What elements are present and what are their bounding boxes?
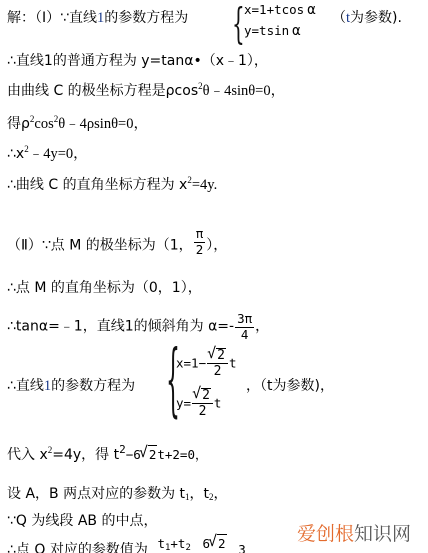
alpha: α [292,23,300,39]
solution-part1-line4: 得ρ2cos2θ﹣4ρsinθ=0， [7,115,148,133]
text: 由曲线 C 的极坐标方程是ρcos [7,83,198,99]
text: ∴曲线 C 的直角坐标方程为 x [7,177,187,193]
text: ， [255,318,269,334]
solution-part2-line5: 代入 x2=4y，得 t2−62t+2=0， [7,445,207,464]
solution-part1-line3: 由曲线 C 的极坐标方程是ρcos2θ﹣4sinθ=0， [7,82,285,100]
solution-part2-line6: 设 A，B 两点对应的参数为 t1，t2， [7,485,228,503]
text: cos [34,116,53,132]
alpha: α [307,2,315,18]
text: 的参数方程为 [104,10,188,26]
watermark-suffix: 知识网 [354,523,411,545]
equation-x: x=1+tcos [244,2,304,17]
text: ，t [190,486,210,502]
solution-part2-line7: ∵Q 为线段 AB 的中点， [7,512,157,530]
watermark-logo: 爱创根知识网 [297,519,411,546]
text: 设 A，B 两点对应的参数为 t [7,486,185,502]
text: θ﹣4ρsinθ=0， [58,116,148,132]
solution-part2-line4: ∴直线1的参数方程为 [7,377,135,395]
solution-part2-line1: （Ⅱ）∵点 M 的极坐标为（1，π2）， [7,236,227,256]
text: t+2=0， [157,447,207,462]
fraction-3pi-over-4: 3π4 [235,313,254,341]
text: ﹣4y=0， [29,146,88,162]
text: 的参数方程为 [51,378,135,394]
equation-x: x=1− [176,356,206,371]
text: ∴点 Q 对应的参数值为 [7,542,148,553]
text: =4y. [192,177,217,193]
fraction-pi-over-2: π2 [194,228,206,256]
text: 代入 x [7,447,48,463]
solution-part1-line6: ∴曲线 C 的直角坐标方程为 x2=4y. [7,176,217,194]
superscript: 2 [119,443,126,456]
text: ∴tanα=﹣1，直线1的倾斜角为 α=- [7,318,234,334]
text: ， [214,486,228,502]
param-note-2: ，（t为参数)， [246,377,334,395]
text: ∴x [7,146,24,162]
solution-part1-line1: 解：（Ⅰ）∵直线1的参数方程为 [7,9,188,27]
solution-part2-line3: ∴tanα=﹣1，直线1的倾斜角为 α=-3π4， [7,313,269,341]
parametric-system-2: { x=1−22t y=22t [166,344,246,426]
equation-y: y= [176,396,191,411]
solution-part2-line2: ∴点 M 的直角坐标为（0，1）， [7,279,202,297]
equation-y: y=tsin [244,23,289,38]
watermark-brand: 爱创根 [297,523,354,545]
text: 得ρ [7,116,30,132]
left-brace-icon: { [232,0,245,48]
solution-part2-line8: ∴点 Q 对应的参数值为 t1+t2 62 3 [7,540,246,553]
text: ）， [206,237,227,253]
solution-part1-line2: ∴直线1的普通方程为 y=tanα•（x﹣1）， [7,52,268,70]
text: ∴直线 [7,378,44,394]
solution-part1-line5: ∴x2﹣4y=0， [7,145,88,163]
text: θ﹣4sinθ=0， [203,83,286,99]
parametric-system-1: { x=1+tcosα y=tsinα [232,0,332,44]
text: （ [332,10,346,26]
text: 为参数). [350,10,402,26]
sqrt: 2 [148,445,158,464]
param-note-1: （t为参数). [332,9,402,27]
text: （Ⅱ）∵点 M 的极坐标为（1， [7,237,193,253]
text: 解：（Ⅰ）∵直线 [7,10,97,26]
text: =4y，得 t [52,447,119,463]
